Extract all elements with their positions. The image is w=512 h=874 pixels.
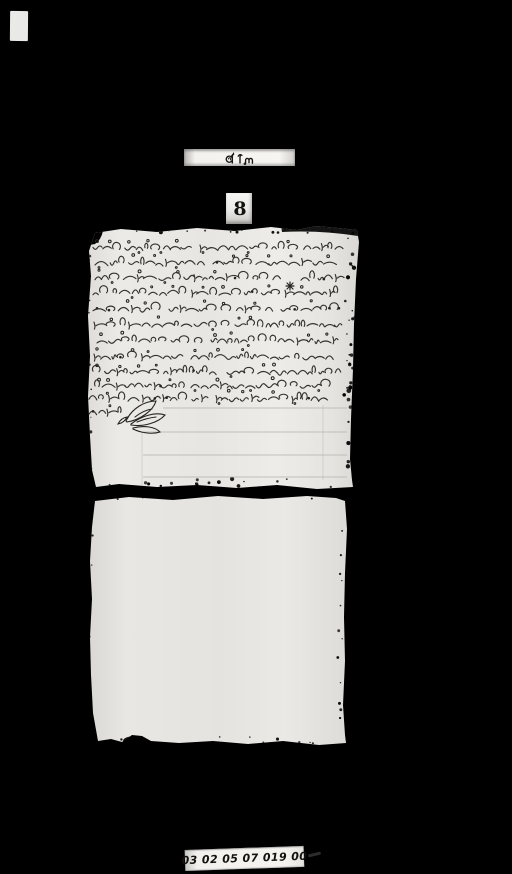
bundle-number-card: 8 (226, 193, 252, 224)
manuscript-ink-layer (85, 224, 359, 492)
flower-doodle (118, 401, 165, 433)
temple-label-script (222, 151, 258, 165)
film-code-text: 03 02 05 07 019 00 (181, 850, 307, 867)
bottom-edge-notch (123, 737, 141, 746)
bundle-number: 8 (233, 198, 246, 220)
film-code-strip: 03 02 05 07 019 00 (185, 846, 305, 871)
ruled-lines (142, 405, 347, 486)
manuscript-page (85, 224, 359, 492)
blank-page (87, 493, 350, 752)
film-corner-marker (10, 11, 28, 41)
blank-page-specks (87, 493, 350, 752)
microfilm-frame: 8 (0, 0, 512, 874)
handwriting-lines (89, 239, 344, 416)
star-mark (286, 282, 294, 290)
temple-label-strip (184, 149, 295, 166)
scratch-mark (308, 851, 321, 857)
page-edge-specks (87, 493, 343, 745)
